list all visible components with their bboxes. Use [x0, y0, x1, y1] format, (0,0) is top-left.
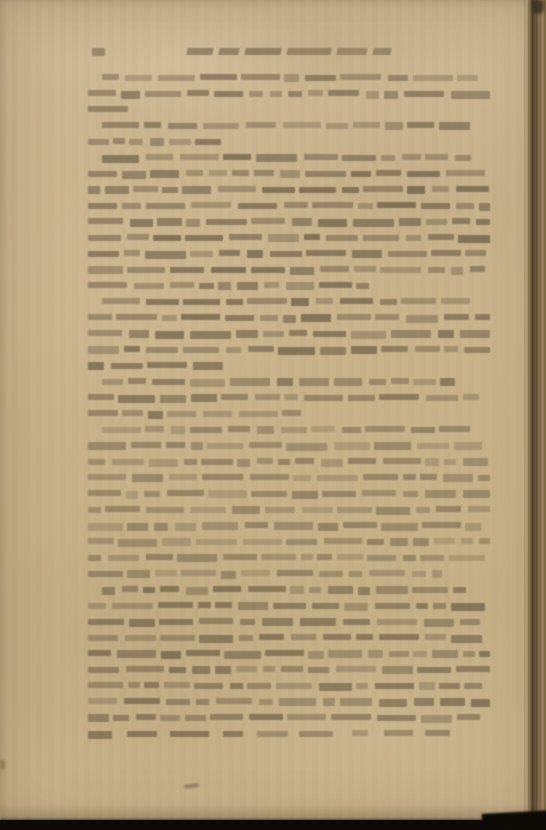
text-line [88, 218, 490, 228]
word-blob [358, 203, 373, 209]
word-blob [116, 314, 157, 320]
word-blob [417, 667, 451, 673]
text-line [88, 346, 490, 356]
word-blob [113, 138, 125, 144]
word-blob [102, 74, 119, 80]
word-blob [351, 331, 386, 339]
word-blob [367, 539, 384, 545]
word-blob [230, 378, 270, 386]
word-blob [476, 219, 490, 225]
word-blob [218, 282, 231, 290]
word-blob [257, 731, 288, 737]
word-blob [401, 298, 436, 304]
word-blob [451, 603, 485, 611]
word-blob [127, 523, 148, 531]
word-blob [88, 507, 101, 513]
word-blob [319, 683, 352, 691]
word-blob [230, 683, 243, 689]
word-blob [121, 91, 140, 99]
word-blob [88, 330, 122, 336]
word-blob [199, 635, 233, 643]
word-blob [295, 458, 314, 464]
word-blob [342, 427, 361, 433]
text-line [88, 282, 369, 292]
word-blob [402, 154, 421, 160]
text-line [88, 362, 233, 372]
word-blob [308, 90, 323, 96]
word-blob [351, 171, 371, 177]
word-blob [136, 714, 156, 720]
word-blob [452, 218, 470, 224]
word-blob [124, 346, 140, 352]
word-blob [206, 219, 247, 225]
word-blob [299, 731, 333, 737]
word-blob [414, 698, 434, 706]
word-blob [166, 699, 190, 705]
word-blob [278, 347, 315, 355]
word-blob [420, 555, 444, 561]
word-blob [305, 75, 336, 81]
word-blob [122, 410, 143, 416]
word-blob [261, 554, 296, 560]
word-blob [376, 170, 401, 176]
text-line [88, 138, 221, 148]
word-blob [88, 106, 128, 112]
word-blob [308, 667, 329, 673]
text-line [88, 458, 490, 468]
word-blob [255, 394, 280, 400]
word-blob [158, 75, 195, 81]
word-blob [88, 90, 116, 96]
word-blob [127, 234, 149, 240]
word-blob [159, 619, 193, 625]
scan-bottom-corner [482, 810, 546, 830]
word-blob [251, 491, 287, 497]
word-blob [180, 154, 219, 160]
word-blob [259, 699, 273, 705]
word-blob [127, 570, 150, 578]
word-blob [374, 442, 411, 450]
word-blob [232, 506, 260, 514]
text-line [88, 666, 490, 676]
page-edge-strip [524, 0, 546, 830]
word-blob [463, 490, 490, 498]
word-blob [226, 299, 243, 305]
word-blob [356, 283, 369, 289]
word-blob [154, 523, 168, 531]
word-blob [146, 507, 184, 513]
word-blob [112, 603, 153, 609]
word-blob [182, 186, 211, 194]
word-blob [147, 362, 187, 368]
word-blob [406, 235, 421, 241]
word-blob [225, 315, 254, 321]
word-blob [425, 730, 450, 736]
word-blob [337, 314, 371, 320]
word-blob [243, 539, 282, 545]
word-blob [375, 683, 414, 689]
word-blob [363, 474, 398, 480]
word-blob [439, 122, 470, 130]
word-blob [186, 650, 220, 656]
word-blob [126, 491, 138, 499]
word-blob [457, 75, 478, 81]
word-blob [105, 186, 129, 194]
text-line [88, 170, 490, 180]
word-blob [191, 394, 217, 402]
word-blob [213, 586, 241, 592]
word-blob [211, 267, 246, 273]
word-blob [354, 266, 376, 272]
word-blob [287, 714, 326, 720]
word-blob [460, 619, 480, 625]
word-blob [441, 298, 470, 304]
word-blob [299, 378, 329, 386]
word-blob [301, 554, 313, 560]
scan-bottom-shadow [0, 805, 546, 821]
word-blob [479, 538, 490, 544]
word-blob [478, 475, 490, 481]
word-blob [383, 458, 421, 464]
word-blob [318, 219, 347, 227]
word-blob [118, 539, 157, 547]
word-blob [412, 587, 448, 593]
word-blob [320, 347, 346, 355]
word-blob [241, 570, 270, 576]
text-line [88, 330, 490, 340]
word-blob [88, 171, 117, 177]
word-blob [340, 74, 381, 80]
word-blob [417, 443, 449, 449]
word-blob [127, 267, 165, 273]
text-line [88, 250, 490, 260]
word-blob [190, 251, 213, 257]
word-blob [112, 459, 144, 465]
word-blob [388, 75, 408, 81]
word-blob [377, 715, 416, 721]
word-blob [385, 122, 403, 130]
word-blob [88, 474, 126, 480]
word-blob [278, 459, 290, 465]
text-line [88, 234, 490, 244]
word-blob [236, 666, 257, 672]
word-blob [236, 330, 258, 338]
word-blob [344, 603, 368, 611]
word-blob [464, 683, 482, 689]
word-blob [293, 475, 311, 481]
word-blob [264, 282, 279, 288]
word-blob [273, 603, 306, 609]
word-blob [323, 634, 351, 640]
word-blob [362, 490, 396, 496]
word-blob [328, 586, 353, 594]
word-blob [439, 683, 460, 689]
word-blob [186, 170, 203, 176]
running-title-word [244, 48, 281, 55]
word-blob [343, 619, 370, 625]
word-blob [368, 650, 383, 658]
word-blob [428, 267, 445, 273]
word-blob [403, 491, 418, 497]
word-blob [431, 250, 461, 256]
word-blob [300, 618, 336, 626]
word-blob [134, 283, 164, 289]
word-blob [126, 666, 164, 672]
word-blob [88, 490, 121, 496]
page-header [88, 47, 490, 57]
word-blob [247, 250, 263, 258]
word-blob [440, 378, 455, 386]
running-title-word [286, 48, 331, 55]
word-blob [352, 250, 382, 258]
word-blob [183, 347, 219, 353]
text-line [88, 394, 490, 404]
word-blob [319, 571, 343, 577]
word-blob [342, 187, 359, 193]
text-line [88, 506, 490, 516]
word-blob [184, 459, 197, 465]
word-blob [113, 715, 129, 721]
word-blob [425, 458, 439, 466]
word-blob [160, 586, 179, 592]
text-line [102, 426, 470, 436]
word-blob [192, 666, 210, 674]
word-blob [439, 426, 470, 432]
word-blob [265, 507, 295, 513]
word-blob [390, 538, 408, 546]
word-blob [421, 203, 450, 209]
word-blob [449, 555, 485, 561]
word-blob [186, 219, 200, 227]
word-blob [422, 522, 461, 528]
word-blob [146, 554, 173, 560]
word-blob [149, 459, 178, 467]
word-blob [223, 554, 257, 560]
word-blob [125, 635, 156, 641]
word-blob [290, 586, 304, 594]
word-blob [175, 523, 196, 531]
word-blob [353, 122, 380, 128]
word-blob [428, 234, 454, 240]
word-blob [291, 634, 316, 640]
word-blob [444, 346, 458, 352]
word-blob [351, 346, 377, 354]
word-blob [162, 538, 191, 546]
word-blob [334, 378, 362, 386]
word-blob [399, 218, 421, 226]
word-blob [130, 219, 153, 227]
word-blob [169, 139, 191, 145]
word-blob [375, 314, 399, 320]
word-blob [451, 635, 482, 643]
word-blob [229, 234, 262, 240]
word-blob [199, 618, 233, 624]
word-blob [446, 170, 485, 176]
word-blob [369, 570, 405, 576]
word-blob [129, 330, 149, 338]
word-blob [349, 571, 362, 577]
word-blob [241, 74, 280, 80]
text-line [102, 378, 466, 388]
word-blob [248, 346, 274, 352]
word-blob [415, 346, 440, 352]
word-blob [237, 282, 258, 290]
text-line [88, 490, 490, 500]
word-blob [416, 507, 430, 513]
word-blob [218, 186, 256, 192]
word-blob [88, 650, 111, 656]
word-blob [127, 731, 157, 737]
word-blob [413, 75, 453, 81]
word-blob [146, 299, 179, 305]
running-title-word [372, 48, 391, 55]
word-blob [263, 666, 275, 672]
word-blob [363, 186, 403, 192]
word-blob [144, 682, 159, 688]
word-blob [453, 587, 466, 593]
word-blob [337, 507, 372, 513]
word-blob [286, 443, 327, 451]
word-blob [160, 635, 195, 641]
word-blob [356, 683, 368, 689]
scan-bottom-bar [0, 820, 546, 830]
word-blob [148, 411, 163, 419]
text-line [88, 90, 490, 100]
word-blob [162, 187, 178, 193]
word-blob [407, 122, 434, 128]
word-blob [291, 298, 309, 306]
word-blob [432, 570, 442, 578]
text-line [102, 122, 470, 132]
text-line [102, 154, 474, 164]
word-blob [240, 619, 255, 625]
word-blob [426, 395, 458, 401]
word-blob [384, 91, 398, 99]
word-blob [251, 218, 285, 224]
word-blob [88, 139, 109, 145]
word-blob [157, 218, 182, 226]
text-line [88, 570, 442, 580]
word-blob [281, 427, 307, 433]
word-blob [102, 379, 123, 385]
text-line [88, 266, 490, 276]
word-blob [153, 235, 181, 241]
word-blob [193, 362, 223, 370]
word-blob [250, 474, 289, 480]
word-blob [88, 714, 109, 722]
word-blob [312, 202, 353, 208]
word-blob [471, 699, 490, 707]
word-blob [245, 522, 268, 528]
word-blob [321, 459, 343, 467]
word-blob [438, 330, 454, 338]
word-blob [389, 651, 409, 657]
word-blob [379, 394, 419, 400]
word-blob [124, 698, 160, 704]
word-blob [88, 635, 118, 641]
word-blob [251, 267, 285, 273]
word-blob [456, 186, 489, 192]
word-blob [155, 331, 184, 339]
text-line [88, 202, 490, 212]
word-blob [170, 282, 194, 288]
word-blob [125, 75, 152, 81]
word-blob [102, 587, 115, 595]
word-blob [88, 266, 123, 274]
word-blob [426, 219, 447, 225]
word-blob [181, 570, 216, 576]
word-blob [411, 427, 435, 433]
word-blob [444, 314, 469, 320]
word-blob [88, 282, 127, 288]
running-title-word [186, 48, 213, 55]
word-blob [246, 122, 276, 128]
word-blob [219, 250, 240, 256]
word-blob [322, 491, 356, 497]
word-blob [102, 155, 139, 163]
word-blob [88, 619, 124, 625]
word-blob [223, 731, 243, 737]
word-blob [177, 554, 217, 562]
word-blob [181, 314, 220, 320]
word-blob [305, 171, 346, 177]
word-blob [353, 219, 394, 227]
word-blob [406, 315, 438, 323]
word-blob [317, 554, 332, 560]
text-line [88, 634, 490, 644]
word-blob [238, 203, 277, 209]
word-blob [376, 586, 408, 594]
word-blob [129, 139, 143, 145]
word-blob [257, 458, 273, 464]
word-blob [379, 699, 407, 707]
word-blob [343, 522, 377, 528]
word-blob [455, 155, 471, 161]
word-blob [170, 267, 204, 273]
word-blob [88, 362, 104, 370]
word-blob [284, 74, 299, 82]
word-blob [164, 682, 190, 688]
word-blob [382, 666, 413, 674]
word-blob [146, 347, 178, 353]
word-blob [440, 698, 465, 706]
ink-smudge [184, 783, 199, 789]
word-blob [403, 474, 416, 480]
word-blob [88, 698, 117, 704]
text-line [88, 650, 490, 660]
word-blob [458, 235, 490, 243]
word-blob [196, 539, 237, 545]
word-blob [268, 234, 299, 242]
word-blob [202, 474, 243, 480]
word-blob [425, 490, 456, 498]
word-blob [425, 154, 448, 160]
word-blob [207, 443, 243, 449]
word-blob [105, 506, 140, 512]
word-blob [388, 251, 427, 257]
word-blob [146, 203, 185, 209]
word-blob [202, 522, 238, 530]
word-blob [380, 267, 421, 273]
word-blob [183, 299, 220, 305]
word-blob [129, 619, 155, 627]
word-blob [221, 394, 248, 400]
word-blob [122, 203, 141, 209]
word-blob [463, 651, 475, 657]
word-blob [215, 666, 231, 674]
word-blob [413, 379, 436, 385]
word-blob [102, 427, 141, 433]
